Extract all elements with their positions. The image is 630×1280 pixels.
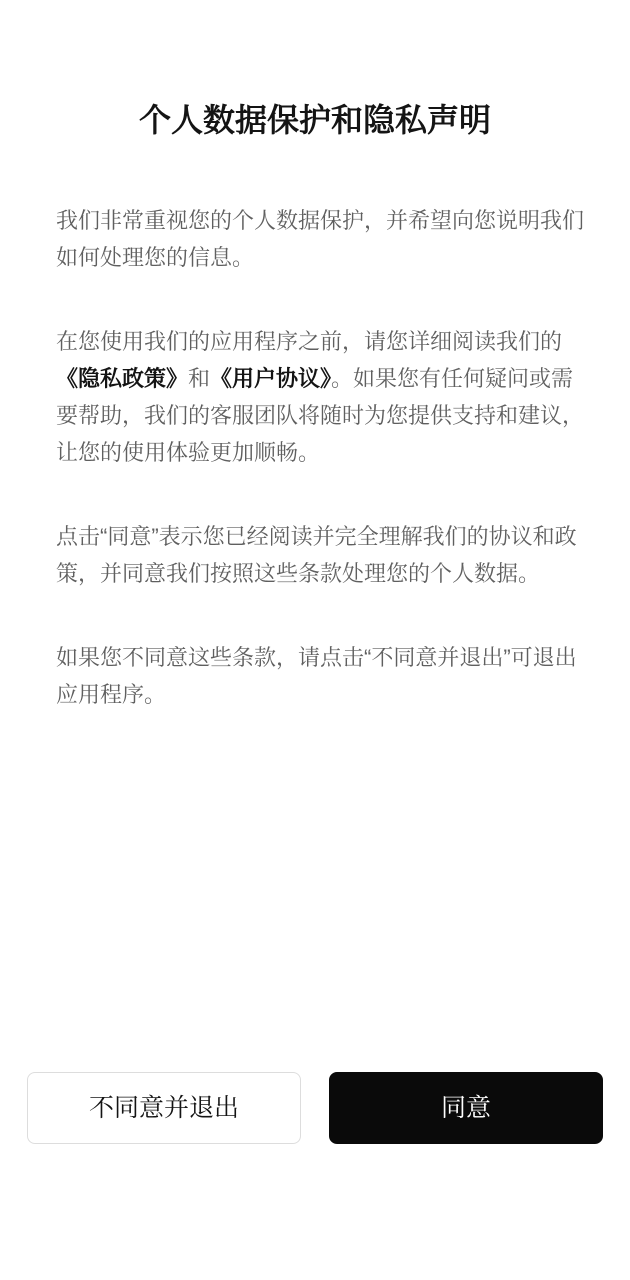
privacy-consent-screen: 个人数据保护和隐私声明 我们非常重视您的个人数据保护，并希望向您说明我们如何处理… (0, 0, 630, 1280)
consent-actions-bar: 不同意并退出 同意 (0, 1072, 630, 1144)
notice-paragraph-intro: 我们非常重视您的个人数据保护，并希望向您说明我们如何处理您的信息。 (56, 202, 590, 276)
paragraph-agreements-connector: 和 (188, 366, 210, 391)
notice-paragraph-disagree-explanation: 如果您不同意这些条款，请点击“不同意并退出”可退出应用程序。 (56, 639, 590, 713)
disagree-exit-button[interactable]: 不同意并退出 (27, 1072, 301, 1144)
notice-paragraph-agree-explanation: 点击“同意”表示您已经阅读并完全理解我们的协议和政策，并同意我们按照这些条款处理… (56, 518, 590, 592)
paragraph-agreements-text-pre: 在您使用我们的应用程序之前，请您详细阅读我们的 (56, 329, 562, 354)
user-agreement-link[interactable]: 《用户协议》 (210, 366, 331, 391)
agree-button[interactable]: 同意 (329, 1072, 603, 1144)
privacy-notice-content: 个人数据保护和隐私声明 我们非常重视您的个人数据保护，并希望向您说明我们如何处理… (0, 0, 630, 713)
page-title: 个人数据保护和隐私声明 (0, 100, 630, 140)
notice-paragraph-agreements: 在您使用我们的应用程序之前，请您详细阅读我们的《隐私政策》和《用户协议》。如果您… (56, 323, 590, 471)
privacy-policy-link[interactable]: 《隐私政策》 (56, 366, 188, 391)
